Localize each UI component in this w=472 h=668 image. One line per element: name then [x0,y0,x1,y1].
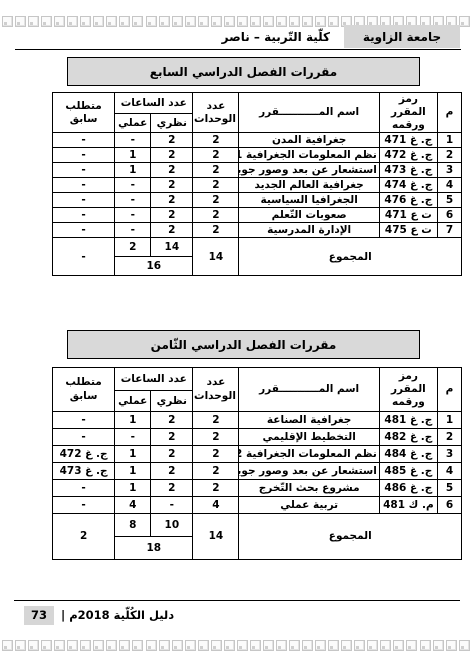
practical-hours: - [115,178,151,193]
course-row: 5ج. غ 476الجغرافيا السياسية22-- [53,193,462,208]
course-row: 3ج. غ 484نظم المعلومات الجغرافية 2221ج. … [53,446,462,463]
page-footer: دليل الكُلّية 2018م | 73 [24,605,174,625]
guide-label: دليل الكُلّية 2018م | [61,608,174,622]
prerequisite: - [53,497,115,514]
practical-hours: 1 [115,446,151,463]
course-code: ج. غ 485 [379,463,437,480]
col-header-theory: نظري [151,114,193,133]
course-row: 7ت ع 475الإدارة المدرسية22-- [53,223,462,238]
ornament-square [159,640,170,651]
total-prereq: - [53,238,115,276]
ornament-border-bottom [2,639,470,651]
ornament-square [459,640,470,651]
page-header: جامعة الزاوية كلّية التّربية – ناصر [12,25,460,48]
prerequisite: - [53,208,115,223]
col-header-hours: عدد الساعات [115,93,193,114]
prerequisite: - [53,193,115,208]
theory-hours: 2 [151,412,193,429]
course-name: جغرافية الصناعة [239,412,379,429]
theory-hours: 2 [151,133,193,148]
theory-hours: 2 [151,446,193,463]
course-name: جغرافية العالم الجديد [239,178,379,193]
course-name: استشعار عن بعد وصور جوية 2 [239,463,379,480]
university-name: جامعة الزاوية [363,30,441,44]
prerequisite: ج. غ 472 [53,446,115,463]
page-number: 73 [31,608,47,622]
col-header-num: م [437,368,461,412]
theory-hours: 2 [151,463,193,480]
total-theory-hours: 10 [151,514,193,537]
course-code: ج. غ 482 [379,429,437,446]
course-code: ج. غ 486 [379,480,437,497]
row-num: 5 [437,193,461,208]
course-code: ت ع 475 [379,223,437,238]
practical-hours: - [115,223,151,238]
ornament-square [172,640,183,651]
practical-hours: - [115,208,151,223]
row-num: 4 [437,463,461,480]
col-header-code-label: رمز المقرر ورقمه [382,370,435,409]
total-units: 14 [193,514,239,560]
units-count: 4 [193,497,239,514]
total-hours-combined: 16 [115,257,193,276]
ornament-square [15,640,26,651]
col-header-code-label: رمز المقرر ورقمه [382,93,435,132]
units-count: 2 [193,133,239,148]
theory-hours: 2 [151,223,193,238]
units-count: 2 [193,223,239,238]
ornament-square [28,640,39,651]
course-code: م. ك 481 [379,497,437,514]
col-header-prereq: متطلب سابق [53,93,115,133]
units-count: 2 [193,412,239,429]
total-practical-hours: 2 [115,238,151,257]
theory-hours: - [151,497,193,514]
col-header-name: اسم المـــــــــــقرر [239,368,379,412]
theory-hours: 2 [151,429,193,446]
units-count: 2 [193,148,239,163]
col-header-practical: عملي [115,391,151,412]
ornament-square [406,640,417,651]
practical-hours: - [115,193,151,208]
ornament-square [106,640,117,651]
col-header-prereq-label: متطلب سابق [65,376,103,402]
units-count: 2 [193,446,239,463]
ornament-square [341,640,352,651]
ornament-square [446,640,457,651]
col-header-units-label: عدد الوحدات [196,376,236,402]
ornament-square [211,640,222,651]
theory-hours: 2 [151,208,193,223]
ornament-square [93,640,104,651]
ornament-square [380,640,391,651]
total-hours-combined: 18 [115,537,193,560]
course-code: ج. غ 484 [379,446,437,463]
units-count: 2 [193,429,239,446]
ornament-square [367,640,378,651]
course-code: ج. غ 481 [379,412,437,429]
theory-hours: 2 [151,193,193,208]
prerequisite: - [53,429,115,446]
col-header-code: رمز المقرر ورقمه [379,368,437,412]
units-count: 2 [193,163,239,178]
course-code: ج. غ 474 [379,178,437,193]
col-header-units: عدد الوحدات [193,93,239,133]
theory-hours: 2 [151,148,193,163]
row-num: 2 [437,148,461,163]
practical-hours: 1 [115,148,151,163]
course-code: ت ع 471 [379,208,437,223]
ornament-square [146,640,157,651]
course-row: 4ج. غ 474جغرافية العالم الجديد22-- [53,178,462,193]
page-number-box: 73 [24,606,54,625]
units-count: 2 [193,480,239,497]
practical-hours: 1 [115,480,151,497]
row-num: 2 [437,429,461,446]
course-name: جغرافية المدن [239,133,379,148]
ornament-square [67,640,78,651]
ornament-square [132,640,143,651]
semester-7-course-table: م رمز المقرر ورقمه اسم المـــــــــــقرر… [52,92,462,276]
row-num: 5 [437,480,461,497]
row-num: 1 [437,133,461,148]
course-code: ج. غ 476 [379,193,437,208]
units-count: 2 [193,178,239,193]
course-row: 2ج. غ 472نظم المعلومات الجغرافية 1221- [53,148,462,163]
course-row: 6ت ع 471صعوبات التّعلم22-- [53,208,462,223]
ornament-square [80,640,91,651]
ornament-square [393,640,404,651]
ornament-square [185,640,196,651]
practical-hours: 1 [115,163,151,178]
total-practical-hours: 8 [115,514,151,537]
ornament-square [328,640,339,651]
theory-hours: 2 [151,178,193,193]
university-name-box: جامعة الزاوية [344,25,460,48]
semester-7-title: مقررات الفصل الدراسي السابع [67,57,420,86]
course-code: ج. غ 473 [379,163,437,178]
semester-8-title: مقررات الفصل الدراسي الثّامن [67,330,420,359]
course-name: الجغرافيا السياسية [239,193,379,208]
prerequisite: - [53,133,115,148]
course-name: نظم المعلومات الجغرافية 2 [239,446,379,463]
prerequisite: - [53,148,115,163]
col-header-prereq: متطلب سابق [53,368,115,412]
row-num: 1 [437,412,461,429]
course-row: 5ج. غ 486مشروع بحث التّخرج221- [53,480,462,497]
total-label: المجموع [239,514,462,560]
course-name: صعوبات التّعلم [239,208,379,223]
ornament-square [119,640,130,651]
col-header-num: م [437,93,461,133]
col-header-practical: عملي [115,114,151,133]
ornament-square [2,640,13,651]
ornament-square [263,640,274,651]
practical-hours: - [115,429,151,446]
course-row: 4ج. غ 485استشعار عن بعد وصور جوية 2221ج.… [53,463,462,480]
ornament-square [354,640,365,651]
ornament-square [433,640,444,651]
ornament-square [54,640,65,651]
course-row: 2ج. غ 482التخطيط الإقليمي22-- [53,429,462,446]
course-row: 1ج. غ 471جغرافية المدن22-- [53,133,462,148]
col-header-code: رمز المقرر ورقمه [379,93,437,133]
col-header-theory: نظري [151,391,193,412]
ornament-square [237,640,248,651]
course-code: ج. غ 471 [379,133,437,148]
practical-hours: 1 [115,412,151,429]
col-header-prereq-label: متطلب سابق [65,100,103,126]
header-divider [15,49,461,50]
total-prereq: 2 [53,514,115,560]
course-name: تربية عملي [239,497,379,514]
total-label: المجموع [239,238,462,276]
row-num: 6 [437,208,461,223]
row-num: 4 [437,178,461,193]
col-header-hours: عدد الساعات [115,368,193,391]
row-num: 7 [437,223,461,238]
units-count: 2 [193,208,239,223]
prerequisite: ج. غ 473 [53,463,115,480]
ornament-square [224,640,235,651]
ornament-square [420,640,431,651]
units-count: 2 [193,463,239,480]
theory-hours: 2 [151,163,193,178]
course-row: 6م. ك 481تربية عملي4-4- [53,497,462,514]
ornament-square [302,640,313,651]
row-num: 6 [437,497,461,514]
units-count: 2 [193,193,239,208]
col-header-units: عدد الوحدات [193,368,239,412]
semester-8-course-table: م رمز المقرر ورقمه اسم المـــــــــــقرر… [52,367,462,560]
total-units: 14 [193,238,239,276]
theory-hours: 2 [151,480,193,497]
ornament-square [198,640,209,651]
course-name: مشروع بحث التّخرج [239,480,379,497]
ornament-square [289,640,300,651]
col-header-name: اسم المـــــــــــقرر [239,93,379,133]
course-name: نظم المعلومات الجغرافية 1 [239,148,379,163]
practical-hours: 4 [115,497,151,514]
prerequisite: - [53,223,115,238]
practical-hours: - [115,133,151,148]
prerequisite: - [53,178,115,193]
course-name: التخطيط الإقليمي [239,429,379,446]
footer-divider [14,600,460,601]
prerequisite: - [53,163,115,178]
row-num: 3 [437,163,461,178]
ornament-square [41,640,52,651]
course-row: 1ج. غ 481جغرافية الصناعة221- [53,412,462,429]
semester-7-title-text: مقررات الفصل الدراسي السابع [150,65,338,79]
course-name: الإدارة المدرسية [239,223,379,238]
semester-8-title-text: مقررات الفصل الدراسي الثّامن [151,338,337,352]
ornament-square [459,16,470,27]
total-theory-hours: 14 [151,238,193,257]
practical-hours: 1 [115,463,151,480]
col-header-units-label: عدد الوحدات [196,100,236,126]
course-name: استشعار عن بعد وصور جوية 1 [239,163,379,178]
course-row: 3ج. غ 473استشعار عن بعد وصور جوية 1221- [53,163,462,178]
row-num: 3 [437,446,461,463]
prerequisite: - [53,480,115,497]
faculty-name: كلّية التّربية – ناصر [222,30,330,44]
ornament-square [276,640,287,651]
course-code: ج. غ 472 [379,148,437,163]
prerequisite: - [53,412,115,429]
ornament-square [250,640,261,651]
ornament-square [315,640,326,651]
